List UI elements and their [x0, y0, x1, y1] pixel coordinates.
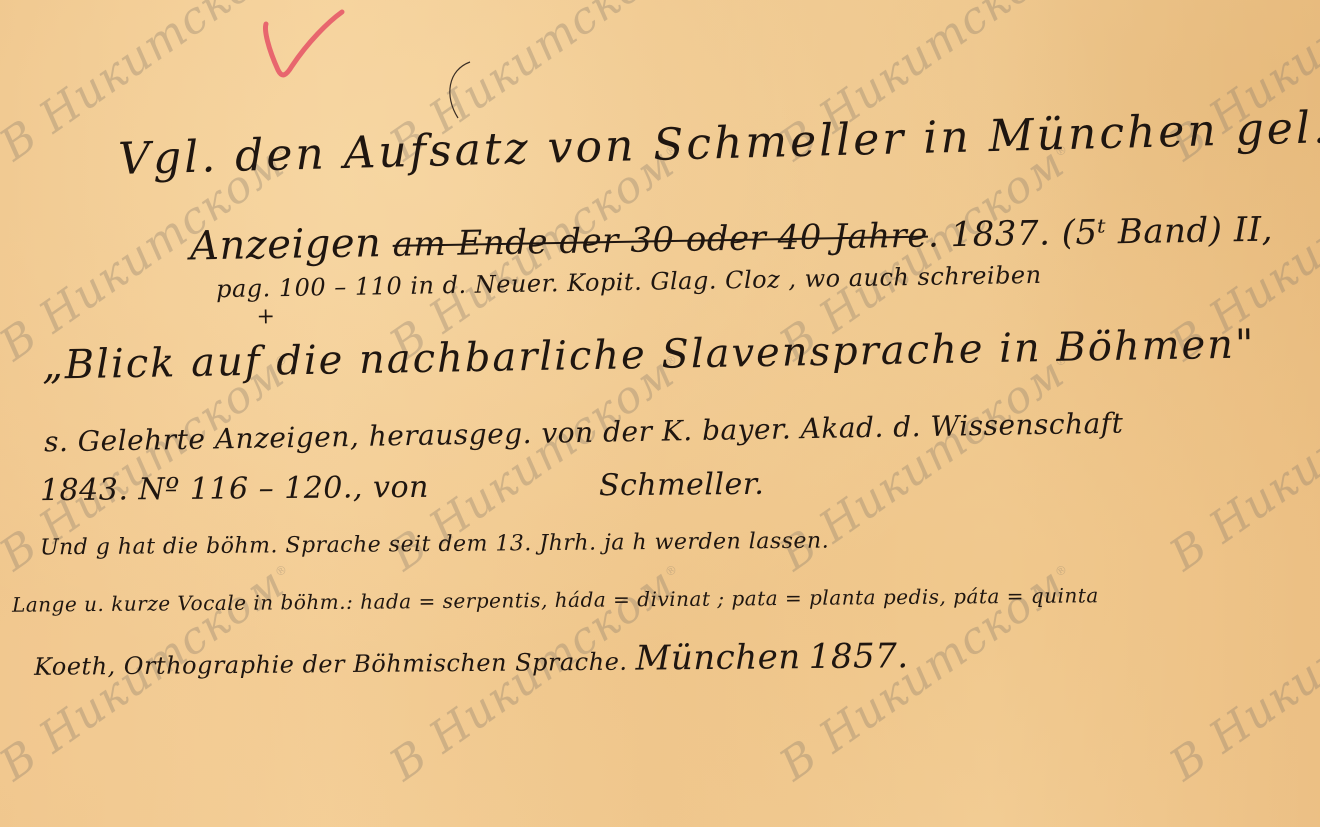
manuscript-line-9: Koeth, Orthographie der Böhmischen Sprac… — [34, 636, 909, 684]
pencil-arc-mark — [440, 60, 480, 120]
author-name: Schmeller. — [599, 467, 765, 503]
word-anzeigen: Anzeigen — [190, 220, 382, 269]
watermark: В Никитском® — [1161, 550, 1320, 791]
manuscript-line-5: s. Gelehrte Anzeigen, herausgeg. von der… — [44, 407, 1124, 459]
line-3-tail: , wo auch schreiben — [788, 261, 1042, 293]
book-reference: Koeth, Orthographie der Böhmischen Sprac… — [34, 648, 628, 681]
struck-through-text: am Ende der 30 oder 40 Jahre — [392, 216, 928, 265]
page-reference: pag. 100 – 110 in d. Neuer. Kopit. Glag.… — [216, 265, 781, 303]
publication-place: München — [635, 637, 800, 678]
vowel-length-heading: Lange u. kurze Vocale in böhm.: — [12, 590, 353, 617]
manuscript-line-3: pag. 100 – 110 in d. Neuer. Kopit. Glag.… — [216, 261, 1042, 303]
manuscript-line-7: Und g hat die böhm. Sprache seit dem 13.… — [40, 529, 829, 561]
watermark: В Никитском® — [1161, 340, 1320, 581]
red-check-mark-icon — [258, 8, 348, 83]
manuscript-page: В Никитском® В Никитском® В Никитском® В… — [0, 0, 1320, 827]
insertion-mark: + — [256, 304, 275, 329]
manuscript-line-8: Lange u. kurze Vocale in böhm.: hada = s… — [12, 583, 1099, 616]
manuscript-line-6: 1843. Nº 116 – 120., von Schmeller. — [40, 467, 765, 508]
manuscript-line-1: Vgl. den Aufsatz von Schmeller in Münche… — [118, 102, 1320, 185]
issue-numbers: Nº 116 – 120., von — [138, 470, 429, 508]
manuscript-line-title-quote: „Blick auf die nachbarliche Slavensprach… — [42, 321, 1256, 388]
publication-year: 1857. — [809, 636, 909, 677]
manuscript-line-2: Anzeigen am Ende der 30 oder 40 Jahre. 1… — [190, 205, 1274, 270]
citation-year-volume: . 1837. (5ᵗ Band) II, — [928, 210, 1274, 256]
vowel-length-examples: hada = serpentis, háda = divinat ; pata … — [360, 583, 1099, 613]
year-1843: 1843. — [40, 472, 129, 508]
